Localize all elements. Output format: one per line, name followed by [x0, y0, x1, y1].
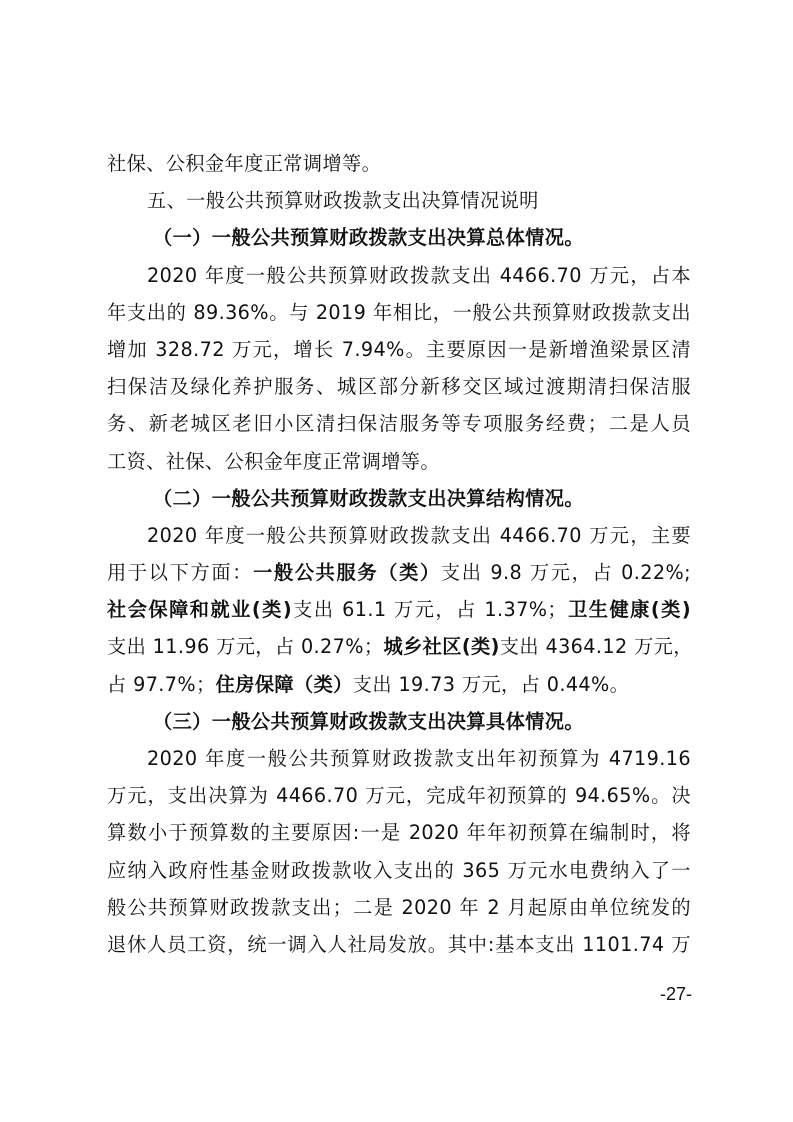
text: 社保、公积金年度正常调增等。	[107, 152, 381, 175]
paragraph-line: 2020 年度一般公共预算财政拨款支出 4466.70 万元，占本	[107, 257, 691, 294]
subheading-1: （一）一般公共预算财政拨款支出决算总体情况。	[107, 219, 691, 256]
text: 年支出的 89.36%。与 2019 年相比，一般公共预算财政拨款支出	[107, 301, 691, 324]
paragraph-line: 退休人员工资，统一调入人社局发放。其中:基本支出 1101.74 万	[107, 926, 691, 963]
paragraph-line: 工资、社保、公积金年度正常调增等。	[107, 443, 691, 480]
text: 2020 年度一般公共预算财政拨款支出 4466.70 万元，主要	[147, 524, 691, 547]
text: 用于以下方面：	[107, 561, 253, 584]
category-label: 社会保障和就业(类)	[107, 598, 292, 621]
document-body: 社保、公积金年度正常调增等。 五、一般公共预算财政拨款支出决算情况说明 （一）一…	[107, 145, 691, 963]
text: （一）一般公共预算财政拨款支出决算总体情况。	[153, 226, 584, 249]
text: （二）一般公共预算财政拨款支出决算结构情况。	[153, 487, 584, 510]
category-label: 卫生健康(类)	[567, 598, 691, 621]
text: 支出 4364.12 万元，	[500, 635, 693, 658]
paragraph-line: 般公共预算财政拨款支出；二是 2020 年 2 月起原由单位统发的	[107, 889, 691, 926]
text: 务、新老城区老旧小区清扫保洁服务等专项服务经费；二是人员	[107, 412, 691, 435]
paragraph-line: 增加 328.72 万元，增长 7.94%。主要原因一是新增渔梁景区清	[107, 331, 691, 368]
text: 工资、社保、公积金年度正常调增等。	[107, 450, 440, 473]
text: 支出 11.96 万元，占 0.27%；	[107, 635, 384, 658]
section-heading-5: 五、一般公共预算财政拨款支出决算情况说明	[107, 182, 691, 219]
category-label: 一般公共服务（类）	[253, 561, 441, 584]
paragraph-line: 年支出的 89.36%。与 2019 年相比，一般公共预算财政拨款支出	[107, 294, 691, 331]
page-number: -27-	[650, 984, 692, 1005]
paragraph-line: 用于以下方面：一般公共服务（类）支出 9.8 万元，占 0.22%;	[107, 554, 691, 591]
text: 增加 328.72 万元，增长 7.94%。主要原因一是新增渔梁景区清	[107, 338, 691, 361]
text: 退休人员工资，统一调入人社局发放。其中:基本支出 1101.74 万	[107, 933, 691, 956]
text: 支出 9.8 万元，占 0.22%;	[441, 561, 691, 584]
category-label: 住房保障（类）	[216, 673, 353, 696]
paragraph-line: 万元，支出决算为 4466.70 万元，完成年初预算的 94.65%。决	[107, 777, 691, 814]
paragraph-line: 扫保洁及绿化养护服务、城区部分新移交区域过渡期清扫保洁服	[107, 368, 691, 405]
text: （三）一般公共预算财政拨款支出决算具体情况。	[153, 710, 584, 733]
paragraph-line: 占 97.7%；住房保障（类）支出 19.73 万元，占 0.44%。	[107, 666, 691, 703]
text: 2020 年度一般公共预算财政拨款支出年初预算为 4719.16	[147, 747, 691, 770]
paragraph-line: 支出 11.96 万元，占 0.27%；城乡社区(类)支出 4364.12 万元…	[107, 628, 691, 665]
text: 五、一般公共预算财政拨款支出决算情况说明	[147, 189, 539, 212]
paragraph-line: 务、新老城区老旧小区清扫保洁服务等专项服务经费；二是人员	[107, 405, 691, 442]
subheading-2: （二）一般公共预算财政拨款支出决算结构情况。	[107, 480, 691, 517]
paragraph-line: 应纳入政府性基金财政拨款收入支出的 365 万元水电费纳入了一	[107, 852, 691, 889]
paragraph-line: 社保、公积金年度正常调增等。	[107, 145, 691, 182]
paragraph-line: 2020 年度一般公共预算财政拨款支出年初预算为 4719.16	[107, 740, 691, 777]
text: 万元，支出决算为 4466.70 万元，完成年初预算的 94.65%。决	[107, 784, 691, 807]
text: 2020 年度一般公共预算财政拨款支出 4466.70 万元，占本	[147, 264, 691, 287]
text: 占 97.7%；	[107, 673, 216, 696]
category-label: 城乡社区(类)	[384, 635, 500, 658]
text: 支出 61.1 万元，占 1.37%；	[292, 598, 567, 621]
text: 支出 19.73 万元，占 0.44%。	[353, 673, 630, 696]
text: 般公共预算财政拨款支出；二是 2020 年 2 月起原由单位统发的	[107, 896, 691, 919]
text: 算数小于预算数的主要原因:一是 2020 年年初预算在编制时，将	[107, 821, 691, 844]
text: 扫保洁及绿化养护服务、城区部分新移交区域过渡期清扫保洁服	[107, 375, 691, 398]
paragraph-line: 社会保障和就业(类)支出 61.1 万元，占 1.37%；卫生健康(类)	[107, 591, 691, 628]
paragraph-line: 2020 年度一般公共预算财政拨款支出 4466.70 万元，主要	[107, 517, 691, 554]
subheading-3: （三）一般公共预算财政拨款支出决算具体情况。	[107, 703, 691, 740]
paragraph-line: 算数小于预算数的主要原因:一是 2020 年年初预算在编制时，将	[107, 814, 691, 851]
text: 应纳入政府性基金财政拨款收入支出的 365 万元水电费纳入了一	[107, 859, 691, 882]
